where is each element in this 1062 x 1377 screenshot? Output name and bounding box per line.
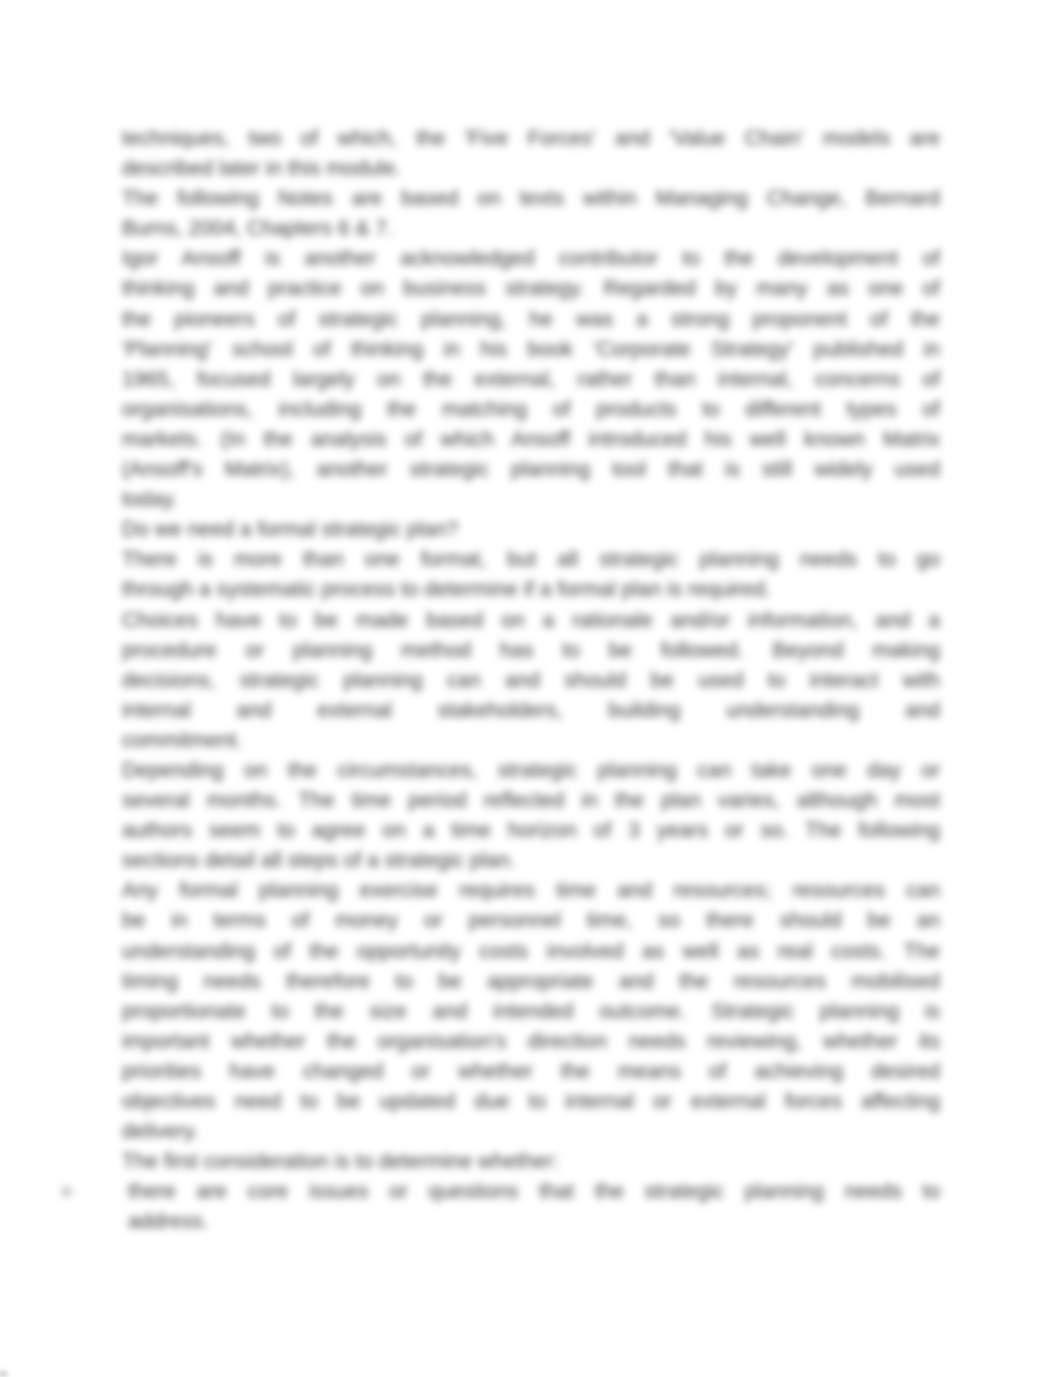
text-line-content: timing needs therefore to be appropriate… [122, 970, 940, 993]
text-line-content: important whether the organisation's dir… [122, 1030, 940, 1053]
page-corner-artifact [0, 1370, 8, 1377]
text-line-content: thinking and practice on business strate… [122, 277, 940, 300]
document-text-blurred: techniques, two of which, the 'Five Forc… [122, 124, 940, 1237]
text-line: objectives need to be updated due to int… [122, 1087, 940, 1117]
text-line: authors seem to agree on a time horizon … [122, 816, 940, 846]
text-line: 'Planning' school of thinking in his boo… [122, 335, 940, 365]
text-line: there are core issues or questions that … [128, 1177, 940, 1207]
text-line: sections detail all steps of a strategic… [122, 846, 940, 876]
text-line-content: techniques, two of which, the 'Five Forc… [122, 127, 940, 150]
text-line-content: delivery. [122, 1120, 199, 1143]
text-line-content: The following Notes are based on texts w… [122, 187, 940, 210]
text-line-content: priorities have changed or whether the m… [122, 1060, 940, 1083]
text-line: Depending on the circumstances, strategi… [122, 756, 940, 786]
text-line-content: 'Planning' school of thinking in his boo… [122, 338, 940, 361]
text-line-content: commitment. [122, 729, 242, 752]
document-page: techniques, two of which, the 'Five Forc… [0, 0, 1062, 1377]
text-line: address. [128, 1207, 940, 1237]
text-line-content: Choices have to be made based on a ratio… [122, 609, 940, 632]
text-line-content: the pioneers of strategic planning, he w… [122, 308, 940, 331]
text-line: organisations, including the matching of… [122, 395, 940, 425]
text-line-content: markets. (In the analysis of which Ansof… [122, 428, 940, 451]
text-line-content: proportionate to the size and intended o… [122, 1000, 940, 1023]
text-line-content: there are core issues or questions that … [128, 1180, 940, 1203]
text-line: techniques, two of which, the 'Five Forc… [122, 124, 940, 154]
text-line: timing needs therefore to be appropriate… [122, 967, 940, 997]
text-line: Igor Ansoff is another acknowledged cont… [122, 244, 940, 274]
text-line: There is more than one format, but all s… [122, 545, 940, 575]
text-line-content: authors seem to agree on a time horizon … [122, 819, 940, 842]
text-line-content: organisations, including the matching of… [122, 398, 940, 421]
text-line: the pioneers of strategic planning, he w… [122, 305, 940, 335]
text-line: be in terms of money or personnel time, … [122, 906, 940, 936]
text-line-content: today. [122, 488, 178, 511]
text-line: 1965, focused largely on the external, r… [122, 365, 940, 395]
text-line-content: Igor Ansoff is another acknowledged cont… [122, 247, 940, 270]
text-line: Any formal planning exercise requires ti… [122, 876, 940, 906]
text-line-content: objectives need to be updated due to int… [122, 1090, 940, 1113]
text-line-content: be in terms of money or personnel time, … [122, 909, 940, 932]
text-line: described later in this module. [122, 154, 940, 184]
text-line: thinking and practice on business strate… [122, 274, 940, 304]
text-line: internal and external stakeholders, buil… [122, 696, 940, 726]
text-line: proportionate to the size and intended o… [122, 997, 940, 1027]
text-line-content: The first consideration is to determine … [122, 1150, 559, 1173]
text-line-content: 1965, focused largely on the external, r… [122, 368, 940, 391]
text-line-content: internal and external stakeholders, buil… [122, 699, 940, 722]
text-line: procedure or planning method has to be f… [122, 636, 940, 666]
text-line: Choices have to be made based on a ratio… [122, 606, 940, 636]
text-line-content: Depending on the circumstances, strategi… [122, 759, 940, 782]
text-line-content: understanding of the opportunity costs i… [122, 940, 940, 963]
text-line-content: through a systematic process to determin… [122, 578, 771, 601]
text-line: markets. (In the analysis of which Ansof… [122, 425, 940, 455]
text-line-content: decisions, strategic planning can and sh… [122, 669, 940, 692]
text-line-content: procedure or planning method has to be f… [122, 639, 940, 662]
text-line: The following Notes are based on texts w… [122, 184, 940, 214]
text-line-content: Burns, 2004, Chapters 6 & 7. [122, 217, 393, 240]
text-line: (Ansoff's Matrix), another strategic pla… [122, 455, 940, 485]
text-line-content: (Ansoff's Matrix), another strategic pla… [122, 458, 940, 481]
text-line: The first consideration is to determine … [122, 1147, 940, 1177]
text-line-content: described later in this module. [122, 157, 401, 180]
text-line-content: several months. The time period reflecte… [122, 789, 940, 812]
text-line-content: address. [128, 1210, 209, 1233]
text-line: commitment. [122, 726, 940, 756]
text-line-content: Do we need a formal strategic plan? [122, 518, 458, 541]
text-line: understanding of the opportunity costs i… [122, 937, 940, 967]
text-line: Do we need a formal strategic plan? [122, 515, 940, 545]
text-line: delivery. [122, 1117, 940, 1147]
text-line: priorities have changed or whether the m… [122, 1057, 940, 1087]
text-line-content: There is more than one format, but all s… [122, 548, 940, 571]
text-line: Burns, 2004, Chapters 6 & 7. [122, 214, 940, 244]
text-line: decisions, strategic planning can and sh… [122, 666, 940, 696]
text-line: through a systematic process to determin… [122, 575, 940, 605]
text-line: important whether the organisation's dir… [122, 1027, 940, 1057]
text-line: today. [122, 485, 940, 515]
text-line-content: sections detail all steps of a strategic… [122, 849, 515, 872]
text-line-content: Any formal planning exercise requires ti… [122, 879, 940, 902]
bullet-icon [62, 1187, 71, 1196]
text-line: several months. The time period reflecte… [122, 786, 940, 816]
